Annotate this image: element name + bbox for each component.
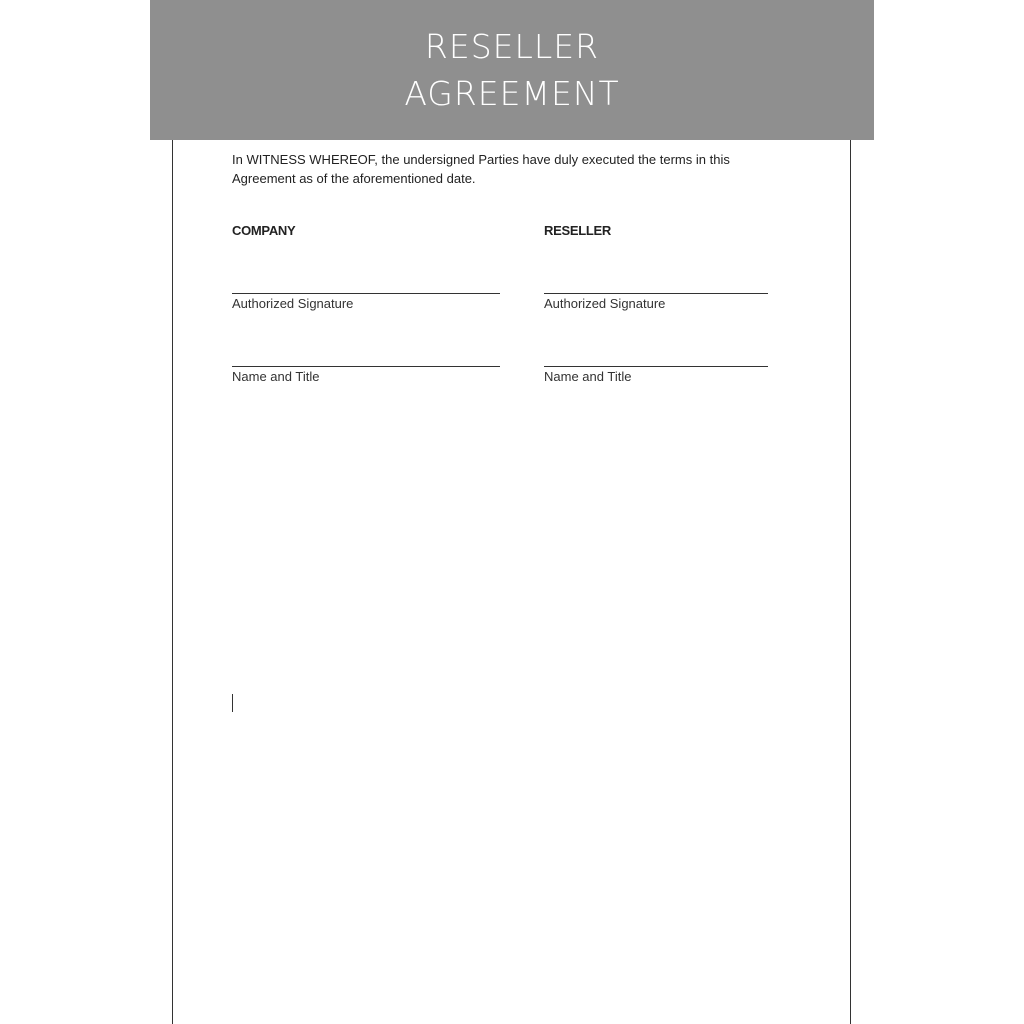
- reseller-heading: RESELLER: [544, 223, 611, 238]
- reseller-name-title-line[interactable]: [544, 366, 768, 367]
- page-border-right: [850, 140, 851, 1024]
- text-cursor: [232, 694, 233, 712]
- reseller-name-title-label: Name and Title: [544, 369, 631, 384]
- banner-title-line-2: AGREEMENT: [404, 70, 619, 117]
- company-name-title-label: Name and Title: [232, 369, 319, 384]
- company-signature-label: Authorized Signature: [232, 296, 353, 311]
- banner-title-line-1: RESELLER: [425, 23, 599, 70]
- witness-clause: In WITNESS WHEREOF, the undersigned Part…: [232, 150, 772, 188]
- title-banner: RESELLER AGREEMENT: [150, 0, 874, 140]
- company-name-title-line[interactable]: [232, 366, 500, 367]
- reseller-signature-label: Authorized Signature: [544, 296, 665, 311]
- company-signature-line[interactable]: [232, 293, 500, 294]
- reseller-signature-line[interactable]: [544, 293, 768, 294]
- page-border-left: [172, 140, 173, 1024]
- company-heading: COMPANY: [232, 223, 295, 238]
